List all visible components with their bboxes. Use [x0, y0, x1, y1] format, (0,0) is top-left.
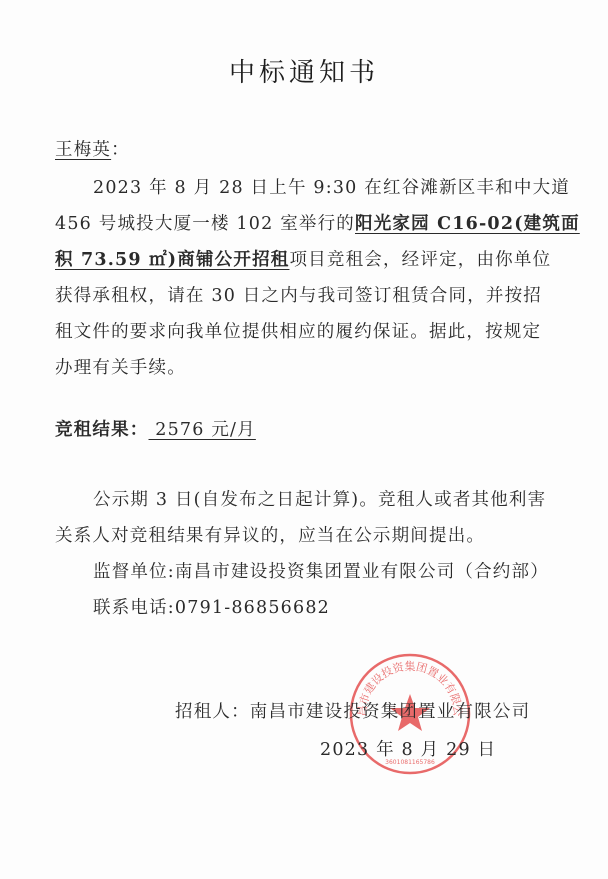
recipient-name: 王梅英 [55, 140, 111, 160]
body-line-4: 获得承租权，请在 30 日之内与我司签订租赁合同，并按招 [55, 282, 542, 307]
body-line-2: 456 号城投大厦一楼 102 室举行的阳光家园 C16-02(建筑面 [55, 210, 580, 235]
project-name-cont: 积 73.59 ㎡)商铺公开招租 [55, 250, 289, 270]
phone-line: 联系电话:0791-86856682 [93, 594, 330, 619]
supervisor-line: 监督单位:南昌市建设投资集团置业有限公司（合约部） [93, 558, 549, 583]
result-value: 2576 元/月 [149, 420, 256, 440]
body-line-3: 积 73.59 ㎡)商铺公开招租项目竞租会，经评定，由你单位 [55, 246, 551, 271]
project-name: 阳光家园 C16-02(建筑面 [355, 214, 580, 234]
result-line: 竞租结果： 2576 元/月 [55, 416, 256, 441]
body-line-5: 租文件的要求向我单位提供相应的履约保证。据此，按规定 [55, 318, 541, 343]
signature-date: 2023 年 8 月 29 日 [320, 736, 496, 761]
recipient-line: 王梅英： [55, 136, 130, 161]
notice-line-1: 公示期 3 日(自发布之日起计算)。竞租人或者其他利害 [93, 486, 546, 511]
notice-line-2: 关系人对竞租结果有异议的，应当在公示期间提出。 [55, 522, 485, 547]
body-line-1: 2023 年 8 月 28 日上午 9:30 在红谷滩新区丰和中大道 [93, 174, 570, 199]
lessor-signature: 招租人：南昌市建设投资集团置业有限公司 [175, 698, 530, 723]
document-title: 中标通知书 [0, 52, 608, 89]
result-label: 竞租结果： [55, 420, 149, 440]
body-line-6: 办理有关手续。 [55, 354, 186, 379]
